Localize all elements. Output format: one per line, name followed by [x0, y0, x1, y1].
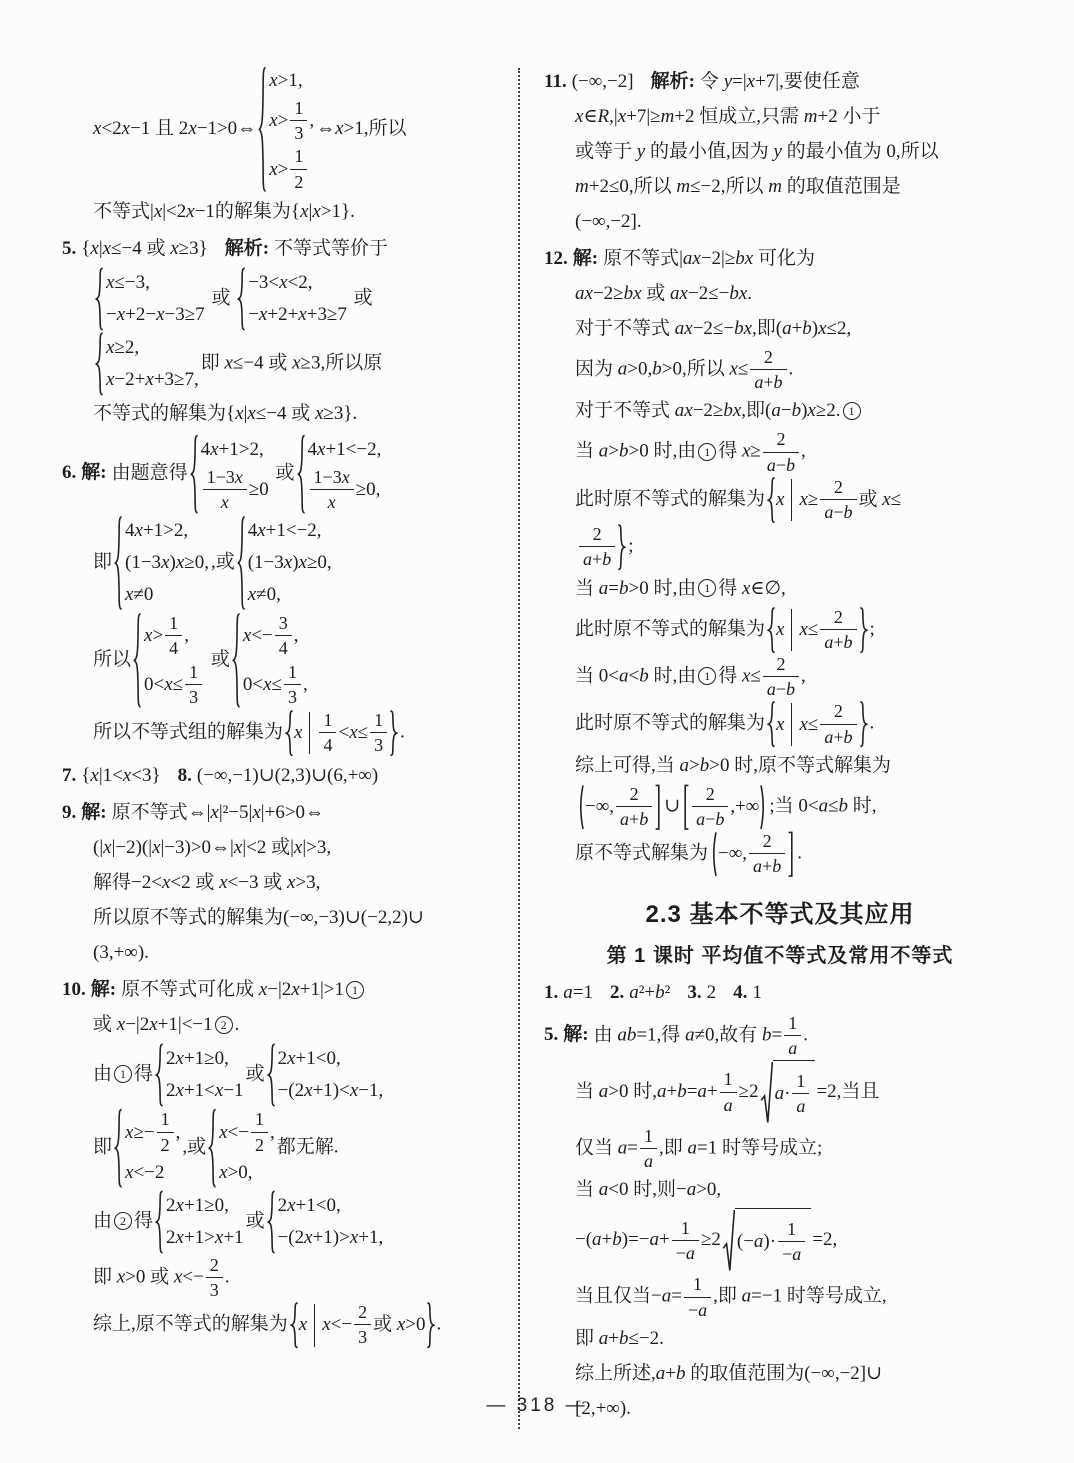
text-line: 或等于 y 的最小值,因为 y 的最小值为 0,所以	[544, 135, 1016, 169]
delimited-group: xx<−23或 x>0	[290, 1302, 435, 1348]
cases-row: x−2+x+3≥7,	[106, 364, 199, 396]
text-run: .	[803, 1024, 808, 1045]
text-run: a²+b²	[629, 982, 670, 1003]
text-run: (−a)·	[737, 1225, 776, 1259]
fraction-numerator: 1	[157, 1108, 174, 1132]
text-line: 此时原不等式的解集为xx≥2a−b或 x≤	[544, 477, 1016, 523]
text-run: ,	[309, 106, 314, 136]
text-line: 当 a=b>0 时,由1得 x∈∅,	[544, 572, 1016, 606]
text-run: 解:	[573, 248, 598, 269]
circled-number: 2	[215, 1016, 233, 1034]
set-divider-bar	[314, 1304, 315, 1346]
text-line: 不等式|x|<2x−1的解集为{x|x>1}.	[62, 195, 514, 229]
fraction: 2a+b	[749, 830, 785, 876]
cases-row: 2x+1≥0,	[166, 1190, 229, 1222]
text-line: 或 x−|2x+1|<−12.	[62, 1008, 514, 1042]
fraction: 2a+b	[820, 700, 856, 746]
fraction-numerator: 1	[319, 709, 336, 733]
fraction-denominator: 4	[275, 636, 292, 658]
text-run: 对于不等式 ax−2≤−bx,即(a+b)x≤2,	[575, 318, 851, 339]
delimited-group: −∞,2a+b	[710, 831, 795, 877]
text-run: 所以	[93, 649, 131, 670]
left-column: x<2x−1 且 2x−1>0⇔x>1,x>13,x>12⇔x>1,所以不等式|…	[62, 64, 514, 1429]
left-paren-glyph	[577, 784, 585, 830]
cases-row: x≥2,	[106, 332, 139, 364]
fraction-numerator: 1	[640, 1125, 657, 1149]
text-line: x≥2,x−2+x+3≥7,即 x≤−4 或 x≥3,所以原	[62, 332, 514, 396]
text-run: 即	[93, 552, 112, 573]
problem-6: 6.解:由题意得4x+1>2,1−3xx≥0 或4x+1<−2,1−3xx≥0,…	[62, 434, 514, 757]
problem-5-lesson-1: 5.解:由 ab=1,得 a≠0,故有 b=1a.当 a>0 时,a+b=a+1…	[544, 1013, 1016, 1426]
fraction: 23	[206, 1254, 223, 1300]
left-brace-glyph	[767, 607, 776, 653]
circled-number: 1	[698, 667, 716, 685]
text-run: 对于不等式 ax−2≥bx,即(a−b)x≥2.	[575, 400, 841, 421]
fraction: 1−3xx	[310, 466, 354, 512]
text-run: (1−3x)x≥0,	[125, 548, 209, 578]
text-run: 解析:	[651, 71, 695, 92]
cases-row: 4x+1<−2,	[308, 434, 382, 466]
text-run: =2,	[812, 1229, 837, 1250]
text-run: ;当 0<a≤b 时,	[769, 795, 876, 816]
radicand: a·1a	[773, 1060, 816, 1125]
fraction-numerator: 1	[778, 1218, 805, 1242]
fraction: 14	[319, 709, 336, 755]
fraction-denominator: a+b	[820, 630, 856, 652]
text-run: 得	[134, 1210, 153, 1231]
cases-row: x≤−3,	[106, 267, 150, 299]
fraction-denominator: 4	[165, 636, 182, 658]
sqrt-group: a·1a	[760, 1060, 816, 1125]
fraction-denominator: 2	[157, 1133, 174, 1155]
text-run: 8.	[178, 765, 192, 786]
text-line: 不等式的解集为{x|x≤−4 或 x≥3}.	[62, 397, 514, 431]
text-run: 2x+1>x+1	[166, 1223, 244, 1253]
fraction-denominator: a	[792, 1094, 809, 1116]
delimited-group: xx≥2a−b或 x≤	[767, 477, 901, 523]
cases-group: 2x+1<0,−(2x+1)<x−1,	[267, 1043, 384, 1107]
cases-row: 0<x≤13,	[243, 661, 308, 709]
circled-number: 1	[698, 443, 716, 461]
text-line: x<2x−1 且 2x−1>0⇔x>1,x>13,x>12⇔x>1,所以	[62, 65, 514, 194]
left-brace-glyph	[297, 434, 306, 514]
fraction-numerator: 2	[820, 700, 856, 724]
text-line: 此时原不等式的解集为xx≤2a+b.	[544, 701, 1016, 747]
text-line: 2a+b;	[544, 524, 1016, 570]
text-run: 得 x≤	[718, 666, 761, 687]
left-brace-glyph	[237, 515, 246, 611]
text-run: x<−2	[125, 1158, 164, 1188]
fraction-numerator: 1	[251, 1108, 268, 1132]
fraction-numerator: 2	[763, 653, 799, 677]
left-bracket-glyph	[682, 784, 690, 830]
cases-row: x>13,	[269, 97, 314, 145]
text-run: .	[400, 722, 405, 743]
cases-rows: 2x+1<0,−(2x+1)>x+1,	[278, 1190, 384, 1254]
text-run: 或 x>0	[373, 1308, 425, 1342]
fraction-numerator: 1	[185, 661, 202, 685]
delimited-group: xx≤2a+b	[767, 701, 868, 747]
text-line: −∞,2a+b∪2a−b,+∞;当 0<a≤b 时,	[544, 784, 1016, 830]
cases-rows: 2x+1<0,−(2x+1)<x−1,	[278, 1043, 384, 1107]
text-run: 当 a>b>0 时,由	[575, 441, 696, 462]
left-brace-glyph	[114, 1108, 123, 1188]
text-line: 所以原不等式的解集为(−∞,−3)∪(−2,2)∪	[62, 901, 514, 935]
text-run: 或	[246, 1210, 265, 1231]
text-run: −∞,	[585, 790, 614, 824]
cases-rows: 4x+1>2,(1−3x)x≥0,x≠0	[125, 515, 209, 611]
text-run: x	[294, 716, 302, 750]
text-run: x	[776, 708, 784, 742]
text-run: x≠0	[125, 580, 153, 610]
fraction-numerator: 2	[749, 830, 785, 854]
fraction: 2a−b	[763, 653, 799, 699]
fraction-denominator: a+b	[616, 807, 652, 829]
text-run: 综上可得,当 a>b>0 时,原不等式解集为	[575, 755, 891, 776]
text-run: 即 x≤−4 或 x≥3,所以原	[201, 352, 382, 373]
fraction-denominator: a+b	[750, 370, 786, 392]
cases-rows: −3<x<2,−x+2+x+3≥7	[248, 267, 347, 331]
cases-row: x>12	[269, 145, 309, 193]
text-line: x∈R,|x+7|≥m+2 恒成立,只需 m+2 小于	[544, 100, 1016, 134]
group-content: 2a+b	[577, 524, 617, 570]
text-run: ,	[176, 1118, 181, 1148]
text-line: 即 x>0 或 x<−23.	[62, 1255, 514, 1301]
fraction-denominator: a	[640, 1149, 657, 1171]
fraction-numerator: 2	[692, 783, 728, 807]
cases-row: x>0,	[219, 1157, 252, 1189]
text-run: m+2≤0,所以 m≤−2,所以 m 的取值范围是	[575, 176, 901, 197]
left-brace-glyph	[267, 1190, 276, 1254]
fraction-numerator: 1	[684, 1273, 711, 1297]
text-line: 综上可得,当 a>b>0 时,原不等式解集为	[544, 749, 1016, 783]
text-line: 由1得2x+1≥0,2x+1<x−1或2x+1<0,−(2x+1)<x−1,	[62, 1043, 514, 1107]
text-run: 解析:	[225, 238, 269, 259]
delimited-group: −∞,2a+b	[577, 784, 662, 830]
text-run: 由	[93, 1064, 112, 1085]
text-run: 由题意得	[112, 462, 188, 483]
section-2-3-heading: 2.3 基本不等式及其应用	[544, 894, 1016, 929]
cases-rows: x>14,0<x≤13	[144, 612, 204, 709]
text-run: 当 0<a<b 时,由	[575, 666, 696, 687]
right-column: 11.(−∞,−2]解析:令 y=|x+7|,要使任意x∈R,|x+7|≥m+2…	[522, 64, 1016, 1429]
right-paren-glyph	[759, 784, 767, 830]
set-divider-bar	[791, 479, 792, 521]
text-run: 2x+1<x−1	[166, 1076, 244, 1106]
fraction-denominator: a−b	[820, 500, 856, 522]
cases-rows: 2x+1≥0,2x+1<x−1	[166, 1043, 244, 1107]
cases-group: x>14,0<x≤13	[133, 612, 204, 709]
fraction: 23	[354, 1301, 371, 1347]
cases-group: 4x+1>2,1−3xx≥0	[190, 434, 269, 514]
fraction: 2a+b	[616, 783, 652, 829]
text-run: 因为 a>0,b>0,所以 x≤	[575, 359, 748, 380]
lesson-1-heading: 第 1 课时 平均值不等式及常用不等式	[544, 939, 1016, 968]
fraction: 2a−b	[820, 476, 856, 522]
text-run: .	[235, 1014, 240, 1035]
text-run: 解:	[563, 1024, 588, 1045]
text-line: (3,+∞).	[62, 936, 514, 970]
text-run: {x|x≤−4 或 x≥3}	[81, 238, 207, 259]
text-run: a·	[775, 1077, 791, 1111]
text-line: 12.解:原不等式|ax−2|≥bx 可化为	[544, 242, 1016, 276]
fraction-denominator: a−b	[692, 807, 728, 829]
text-run: 此时原不等式的解集为	[575, 713, 765, 734]
cases-row: x≠0,	[248, 579, 281, 611]
fraction-numerator: 1	[672, 1217, 699, 1241]
text-run: 4x+1<−2,	[308, 435, 382, 465]
cases-row: 4x+1<−2,	[248, 515, 322, 547]
problem-9: 9.解:原不等式⇔|x|²−5|x|+6>0⇔(|x|−2)(|x|−3)>0⇔…	[62, 796, 514, 970]
fraction-numerator: 1	[792, 1070, 809, 1094]
fraction-numerator: 2	[354, 1301, 371, 1325]
fraction: 2a+b	[579, 523, 615, 569]
fraction-denominator: a−b	[763, 677, 799, 699]
fraction-denominator: a−b	[763, 453, 799, 475]
fraction: 1a	[784, 1012, 801, 1058]
text-run: 12.	[544, 248, 568, 269]
text-run: 不等式|x|<2x−1的解集为{x|x>1}.	[93, 201, 355, 222]
radical-glyph	[722, 1208, 735, 1273]
group-content: xx≤2a+b	[776, 701, 859, 747]
text-run: .	[225, 1266, 230, 1287]
text-run: 原不等式解集为	[575, 843, 708, 864]
delimited-group: 2a−b,+∞	[682, 784, 767, 830]
cases-row: x≥−12,	[125, 1108, 180, 1156]
cases-group: x<−12,x>0,	[208, 1108, 275, 1188]
cases-group: 2x+1<0,−(2x+1)>x+1,	[267, 1190, 384, 1254]
text-run: x	[776, 483, 784, 517]
text-run: x>1,	[269, 66, 302, 96]
delimited-group: xx≤2a+b	[767, 607, 868, 653]
cases-rows: x≥2,x−2+x+3≥7,	[106, 332, 199, 396]
fraction: 13	[290, 97, 307, 143]
delimited-group: x14<x≤13	[285, 710, 398, 756]
text-run: x≤	[799, 708, 818, 742]
text-line: 10.解:原不等式可化成 x−|2x+1|>11	[62, 973, 514, 1007]
text-line: 当 a>b>0 时,由1得 x≥2a−b,	[544, 429, 1016, 475]
text-run: .	[437, 1314, 442, 1335]
text-run: −∞,	[718, 837, 747, 871]
cases-row: −x+2−x−3≥7	[106, 299, 205, 331]
text-line: 当 a<0 时,则−a>0,	[544, 1173, 1016, 1207]
cases-rows: x<−12,x>0,	[219, 1108, 275, 1188]
text-run: 4x+1<−2,	[248, 516, 322, 546]
text-run: −x+2+x+3≥7	[248, 300, 347, 330]
left-brace-glyph	[232, 612, 241, 709]
text-run: x≤−3,	[106, 268, 150, 298]
text-run: 6.	[62, 462, 76, 483]
text-run: x>0,	[219, 1158, 252, 1188]
text-run: 1.	[544, 982, 558, 1003]
cases-rows: x≤−3,−x+2−x−3≥7	[106, 267, 205, 331]
fraction-denominator: a+b	[579, 547, 615, 569]
cases-group: x≥2,x−2+x+3≥7,	[95, 332, 199, 396]
text-run: x≥2,	[106, 333, 139, 363]
cases-row: −(2x+1)>x+1,	[278, 1222, 384, 1254]
cases-row: x<−12,	[219, 1108, 275, 1156]
set-divider-bar	[791, 703, 792, 745]
fraction-numerator: 1	[165, 612, 182, 636]
text-run: x<−	[243, 621, 273, 651]
fraction: 12	[290, 145, 307, 191]
text-line: 因为 a>0,b>0,所以 x≤2a+b.	[544, 347, 1016, 393]
cases-row: −(2x+1)<x−1,	[278, 1075, 384, 1107]
left-brace-glyph	[285, 710, 294, 756]
fraction-denominator: −a	[684, 1298, 711, 1320]
fraction-denominator: 3	[284, 685, 301, 707]
cases-row: (1−3x)x≥0,	[125, 547, 209, 579]
fraction-numerator: 1	[720, 1068, 737, 1092]
page-content: x<2x−1 且 2x−1>0⇔x>1,x>13,x>12⇔x>1,所以不等式|…	[62, 64, 1016, 1429]
text-line: 综上,原不等式的解集为xx<−23或 x>0.	[62, 1302, 514, 1348]
fraction-denominator: 2	[290, 170, 307, 192]
cases-rows: 4x+1>2,1−3xx≥0	[201, 434, 269, 514]
text-run: 4.	[733, 982, 747, 1003]
left-brace-glyph	[258, 65, 267, 194]
cases-row: 4x+1>2,	[125, 515, 188, 547]
fraction-numerator: 2	[750, 346, 786, 370]
text-line: (|x|−2)(|x|−3)>0⇔|x|<2 或|x|>3,	[62, 831, 514, 865]
fraction: 2a+b	[820, 606, 856, 652]
text-run: x	[299, 1308, 307, 1342]
text-run: x≤	[799, 613, 818, 647]
text-run: −(2x+1)<x−1,	[278, 1076, 384, 1106]
text-run: ,	[801, 441, 806, 462]
page-number: — 318 —	[486, 1395, 587, 1416]
cases-row: 2x+1<0,	[278, 1190, 341, 1222]
text-run: .	[797, 843, 802, 864]
column-divider-dotted-line	[518, 68, 520, 1429]
text-run: 3.	[687, 982, 701, 1003]
text-run: x	[776, 613, 784, 647]
text-run: 9.	[62, 802, 76, 823]
text-run: (−∞,−2]	[572, 71, 634, 92]
text-run: x−2+x+3≥7,	[106, 365, 199, 395]
fraction-numerator: 1−3x	[310, 466, 354, 490]
text-run: 综上,原不等式的解集为	[93, 1314, 288, 1335]
fraction-denominator: 3	[206, 1278, 223, 1300]
right-brace-glyph	[389, 710, 398, 756]
cases-rows: x<−34,0<x≤13,	[243, 612, 308, 709]
text-run: 0<x≤	[243, 670, 282, 700]
text-run: 当 a>0 时,a+b=a+	[575, 1081, 718, 1102]
text-run: x≥−	[125, 1118, 155, 1148]
circled-number: 1	[843, 402, 861, 420]
text-run: =2,当且	[816, 1081, 879, 1102]
cases-row: −3<x<2,	[248, 267, 312, 299]
text-run: ,或	[182, 1137, 206, 1158]
fraction: 1a	[640, 1125, 657, 1171]
text-line: −(a+b)=−a+1−a≥2(−a)·1−a=2,	[544, 1208, 1016, 1273]
text-run: 5.	[62, 238, 76, 259]
text-run: ,	[303, 670, 308, 700]
text-run: 即 a+b≤−2.	[575, 1328, 664, 1349]
text-run: 7.	[62, 765, 76, 786]
text-run: 解得−2<x<2 或 x<−3 或 x>3,	[93, 872, 320, 893]
text-run: ⇔x>1,所以	[316, 118, 406, 139]
text-run: ,或	[211, 552, 235, 573]
group-content: −∞,2a+b	[585, 784, 654, 830]
fraction: 34	[275, 612, 292, 658]
cases-row: (1−3x)x≥0,	[248, 547, 332, 579]
cases-rows: x≥−12,x<−2	[125, 1108, 180, 1188]
text-run: 此时原不等式的解集为	[575, 618, 765, 639]
fraction: 12	[157, 1108, 174, 1154]
text-line: m+2≤0,所以 m≤−2,所以 m 的取值范围是	[544, 170, 1016, 204]
group-content: xx≥2a−b或 x≤	[776, 477, 901, 523]
text-run: −(a+b)=−a+	[575, 1229, 670, 1250]
text-run: 2x+1≥0,	[166, 1044, 229, 1074]
cases-row: 2x+1<0,	[278, 1043, 341, 1075]
text-run: −(2x+1)>x+1,	[278, 1223, 384, 1253]
cases-group: −3<x<2,−x+2+x+3≥7	[237, 267, 347, 331]
cases-group: 2x+1≥0,2x+1<x−1	[155, 1043, 244, 1107]
text-run: 11.	[544, 71, 567, 92]
fraction-denominator: 3	[185, 685, 202, 707]
circled-number: 1	[346, 981, 364, 999]
left-brace-glyph	[290, 1302, 299, 1348]
text-run: 或等于 y 的最小值,因为 y 的最小值为 0,所以	[575, 141, 939, 162]
left-brace-glyph	[237, 267, 246, 331]
fraction-numerator: 3	[275, 612, 292, 636]
left-brace-glyph	[190, 434, 199, 514]
text-run: 2x+1<0,	[278, 1044, 341, 1074]
text-run: 不等式等价于	[274, 238, 388, 259]
cases-group: x≤−3,−x+2−x−3≥7	[95, 267, 205, 331]
text-run: ≥2	[701, 1229, 721, 1250]
fraction: 1−a	[684, 1273, 711, 1319]
left-brace-glyph	[767, 477, 776, 523]
fraction: 13	[185, 661, 202, 707]
set-divider-bar	[309, 712, 310, 754]
text-run: 所以不等式组的解集为	[93, 722, 283, 743]
text-run: 或	[271, 462, 295, 483]
text-run: ,+∞	[730, 790, 759, 824]
left-brace-glyph	[208, 1108, 217, 1188]
text-run: ≥0	[249, 475, 269, 505]
text-run: 5.	[544, 1024, 558, 1045]
group-content: 2a−b,+∞	[690, 784, 759, 830]
text-run: 4x+1>2,	[125, 516, 188, 546]
group-content: −∞,2a+b	[718, 831, 787, 877]
fraction-denominator: 3	[370, 733, 387, 755]
cases-group: 4x+1<−2,(1−3x)x≥0,x≠0,	[237, 515, 332, 611]
cases-row: 0<x≤13	[144, 661, 204, 709]
fraction: 1−a	[672, 1217, 699, 1263]
text-line: 由2得2x+1≥0,2x+1>x+1或2x+1<0,−(2x+1)>x+1,	[62, 1190, 514, 1254]
text-run: ,即 a=1 时等号成立;	[659, 1138, 822, 1159]
fraction-numerator: 1	[370, 709, 387, 733]
text-line: 当 0<a<b 时,由1得 x≤2a−b,	[544, 654, 1016, 700]
text-line: 1.a=12.a²+b²3.24.1	[544, 976, 1016, 1010]
fraction-numerator: 2	[579, 523, 615, 547]
cases-row: 2x+1≥0,	[166, 1043, 229, 1075]
left-brace-glyph	[767, 701, 776, 747]
text-run: x∈R,|x+7|≥m+2 恒成立,只需 m+2 小于	[575, 106, 880, 127]
text-run: 当 a<0 时,则−a>0,	[575, 1179, 721, 1200]
text-run: ax−2≥bx 或 ax−2≤−bx.	[575, 283, 752, 304]
problem-5: 5.{x|x≤−4 或 x≥3}解析:不等式等价于x≤−3,−x+2−x−3≥7…	[62, 232, 514, 431]
fraction: 2a−b	[763, 428, 799, 474]
right-bracket-glyph	[787, 831, 795, 877]
cases-rows: 2x+1≥0,2x+1>x+1	[166, 1190, 244, 1254]
fraction-denominator: x	[203, 490, 247, 512]
text-run: 此时原不等式的解集为	[575, 488, 765, 509]
text-run: ≥2	[739, 1081, 759, 1102]
text-run: ,	[270, 1118, 275, 1148]
cases-row: 1−3xx≥0,	[308, 466, 381, 514]
